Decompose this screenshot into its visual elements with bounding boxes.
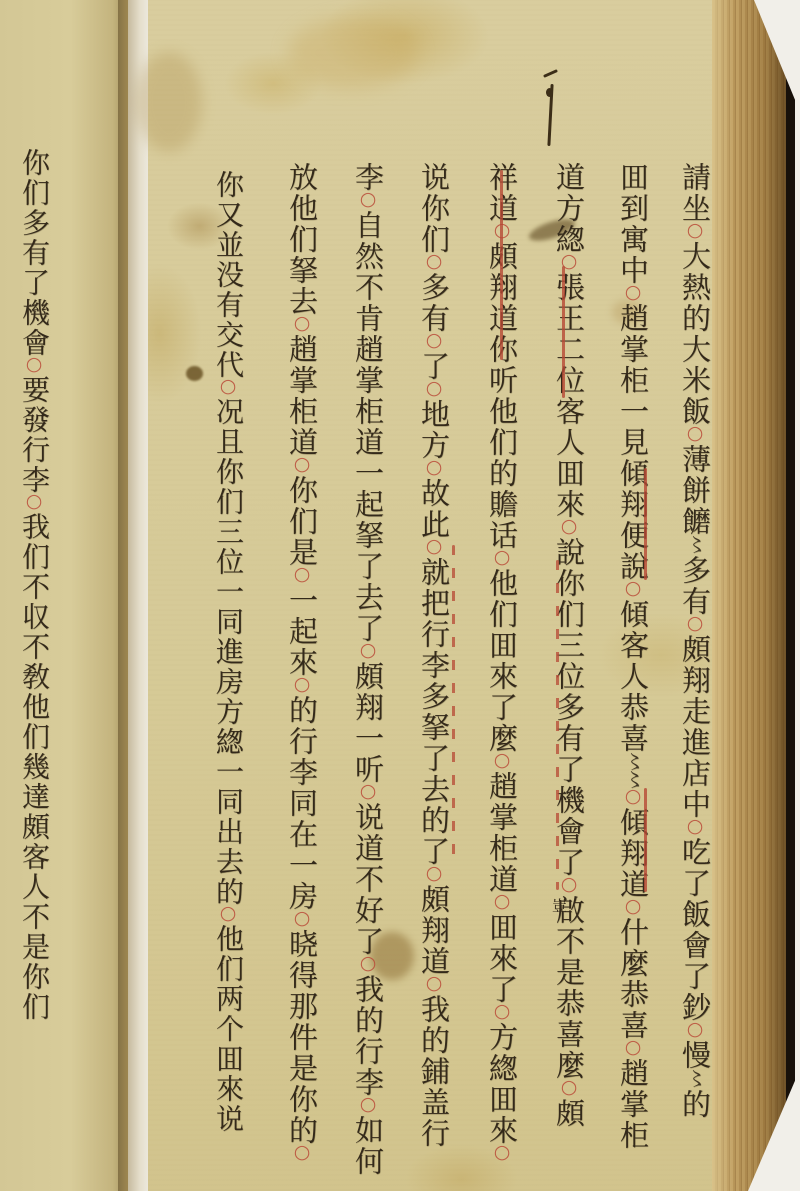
text-column-left-fragment: 你们多有了機會○要發行李○我们不収不敎他们幾達頗客人不是你们 bbox=[2, 148, 48, 1172]
red-name-mark-line bbox=[644, 788, 647, 892]
text-column-7: 放他们拏去○趙掌柜道○你们是○一起來○的行李同在一房○晓得那件是你的○ bbox=[270, 162, 316, 1186]
red-circle-mark: ○ bbox=[291, 673, 313, 697]
iteration-mark: 〻 bbox=[683, 1068, 707, 1090]
red-circle-mark: ○ bbox=[423, 535, 445, 559]
stray-ink-mark bbox=[546, 88, 553, 97]
red-circle-mark: ○ bbox=[423, 250, 445, 274]
red-circle-mark: ○ bbox=[491, 1000, 513, 1024]
red-circle-mark: ○ bbox=[491, 749, 513, 773]
red-circle-mark: ○ bbox=[357, 188, 379, 212]
red-circle-mark: ○ bbox=[558, 1076, 580, 1100]
red-circle-mark: ○ bbox=[423, 972, 445, 996]
text-column-6: 李○自然不肯趙掌柜道一起拏了去了○頗翔一听○说道不好了○我的行李○如何 bbox=[336, 162, 382, 1186]
red-circle-mark: ○ bbox=[291, 563, 313, 587]
photo-background bbox=[795, 0, 800, 1191]
red-circle-mark: ○ bbox=[357, 952, 379, 976]
red-circle-mark: ○ bbox=[622, 281, 644, 305]
red-circle-mark: ○ bbox=[622, 895, 644, 919]
book-fore-edge bbox=[712, 0, 788, 1191]
red-circle-mark: ○ bbox=[357, 780, 379, 804]
red-name-mark-line bbox=[562, 266, 565, 398]
red-name-mark-line bbox=[644, 468, 647, 580]
text-column-8: 你又並没有交代○况且你们三位一同進房方緫一同出去的○他们两个囬來说 bbox=[196, 170, 242, 1191]
red-circle-mark: ○ bbox=[491, 546, 513, 570]
interlinear-correction: 豈 bbox=[549, 898, 570, 913]
red-circle-mark: ○ bbox=[291, 1141, 313, 1165]
red-emphasis-dashes bbox=[556, 560, 559, 890]
manuscript-photo: 請坐○大熱的大米飯○薄餅饝〻多有○頗翔走進店中○吃了飯會了鈔○慢〻的囬到寓中○趙… bbox=[0, 0, 800, 1191]
red-circle-mark: ○ bbox=[684, 1018, 706, 1042]
red-circle-mark: ○ bbox=[291, 312, 313, 336]
red-circle-mark: ○ bbox=[684, 422, 706, 446]
red-circle-mark: ○ bbox=[684, 612, 706, 636]
red-circle-mark: ○ bbox=[558, 873, 580, 897]
red-circle-mark: ○ bbox=[291, 907, 313, 931]
red-circle-mark: ○ bbox=[684, 219, 706, 243]
text-column-2: 囬到寓中○趙掌柜一見傾翔便說○傾客人恭喜〻〻○傾翔道○什麼恭喜○趙掌柜 bbox=[601, 162, 647, 1186]
red-circle-mark: ○ bbox=[357, 639, 379, 663]
iteration-mark: 〻 bbox=[683, 534, 707, 556]
red-circle-mark: ○ bbox=[423, 456, 445, 480]
red-circle-mark: ○ bbox=[491, 1141, 513, 1165]
red-circle-mark: ○ bbox=[217, 902, 239, 926]
red-circle-mark: ○ bbox=[23, 490, 45, 514]
red-circle-mark: ○ bbox=[558, 515, 580, 539]
red-circle-mark: ○ bbox=[622, 577, 644, 601]
red-circle-mark: ○ bbox=[23, 353, 45, 377]
red-emphasis-dashes bbox=[452, 545, 455, 865]
red-circle-mark: ○ bbox=[622, 1036, 644, 1060]
paper-discoloration bbox=[288, 18, 418, 88]
text-column-4: 祥道○頗翔道你听他们的贍话○他们囬來了麼○趙掌柜道○囬來了○方緫囬來○ bbox=[470, 162, 516, 1186]
red-circle-mark: ○ bbox=[423, 377, 445, 401]
text-column-5: 说你们○多有○了○地方○故此○就把行李多拏了去的了○頗翔道○我的鋪盖行 bbox=[402, 162, 448, 1186]
iteration-mark: 〻 bbox=[621, 769, 645, 791]
red-circle-mark: ○ bbox=[357, 1093, 379, 1117]
red-circle-mark: ○ bbox=[291, 453, 313, 477]
red-circle-mark: ○ bbox=[423, 329, 445, 353]
text-column-1: 請坐○大熱的大米飯○薄餅饝〻多有○頗翔走進店中○吃了飯會了鈔○慢〻的 bbox=[663, 162, 709, 1186]
red-name-mark-line bbox=[500, 170, 503, 360]
red-circle-mark: ○ bbox=[423, 862, 445, 886]
red-circle-mark: ○ bbox=[217, 375, 239, 399]
red-circle-mark: ○ bbox=[491, 890, 513, 914]
paper-discoloration bbox=[136, 52, 202, 152]
text-column-3: 道方緫○張王二位客人囬來○說你们三位多有了機會了○啟不是恭喜麼○頗 bbox=[537, 162, 583, 1186]
red-circle-mark: ○ bbox=[684, 815, 706, 839]
